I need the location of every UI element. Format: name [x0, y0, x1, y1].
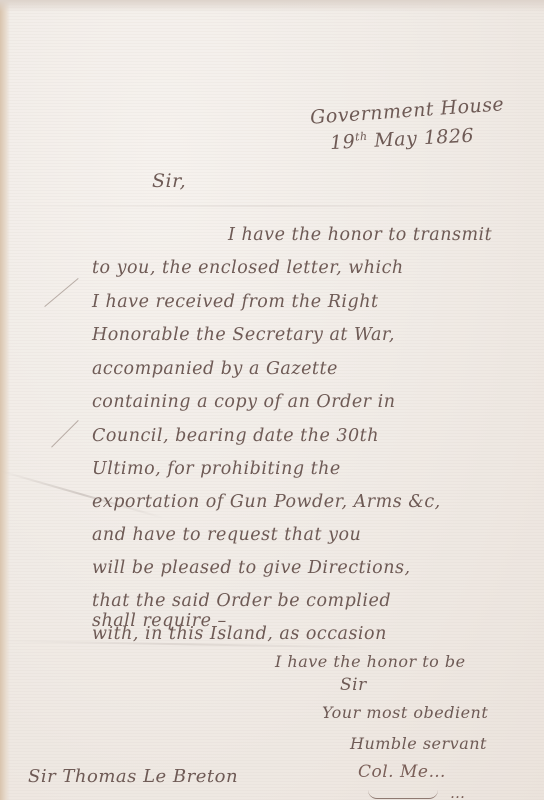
- signature-flourish: [368, 790, 438, 799]
- body-line: I have the honor to transmit: [228, 225, 492, 245]
- closing-line: Your most obedient: [322, 703, 488, 722]
- signature: Col. Me…: [358, 762, 446, 782]
- body-line: Honorable the Secretary at War,: [92, 325, 395, 345]
- body-line: accompanied by a Gazette: [92, 359, 338, 379]
- addressee-name: Sir Thomas Le Breton: [28, 766, 238, 787]
- body-line: Council, bearing date the 30th: [92, 426, 379, 446]
- paper-edge-left: [0, 0, 10, 800]
- date-suffix: th: [355, 130, 368, 144]
- margin-pencil-mark: [51, 420, 79, 448]
- closing-line: Humble servant: [350, 734, 487, 753]
- body-line: containing a copy of an Order in: [92, 392, 395, 412]
- paper-crease: [0, 205, 544, 207]
- margin-pencil-mark: [44, 278, 78, 307]
- date-day: 19: [330, 131, 356, 154]
- closing-line: Sir: [340, 675, 367, 695]
- body-line: to you, the enclosed letter, which: [92, 258, 404, 278]
- body-line: exportation of Gun Powder, Arms &c,: [92, 492, 441, 512]
- heading-place: Government House: [309, 93, 504, 129]
- paper-edge-top: [0, 0, 544, 12]
- date-rest: May 1826: [374, 125, 475, 152]
- body-line: Ultimo, for prohibiting the: [92, 459, 341, 479]
- heading-date: 19th May 1826: [330, 124, 475, 154]
- letter-page: Government House 19th May 1826 Sir, I ha…: [0, 0, 544, 800]
- body-line: and have to request that you: [92, 525, 361, 545]
- salutation: Sir,: [152, 170, 186, 192]
- addressee-line2: …: [95, 792, 110, 800]
- body-line: I have received from the Right: [92, 292, 379, 312]
- body-line: that the said Order be complied: [92, 591, 391, 611]
- closing-line: I have the honor to be: [275, 652, 466, 671]
- signature-line2: …: [450, 784, 466, 800]
- body-line: shall require –: [92, 611, 227, 631]
- body-line: will be pleased to give Directions,: [92, 558, 411, 578]
